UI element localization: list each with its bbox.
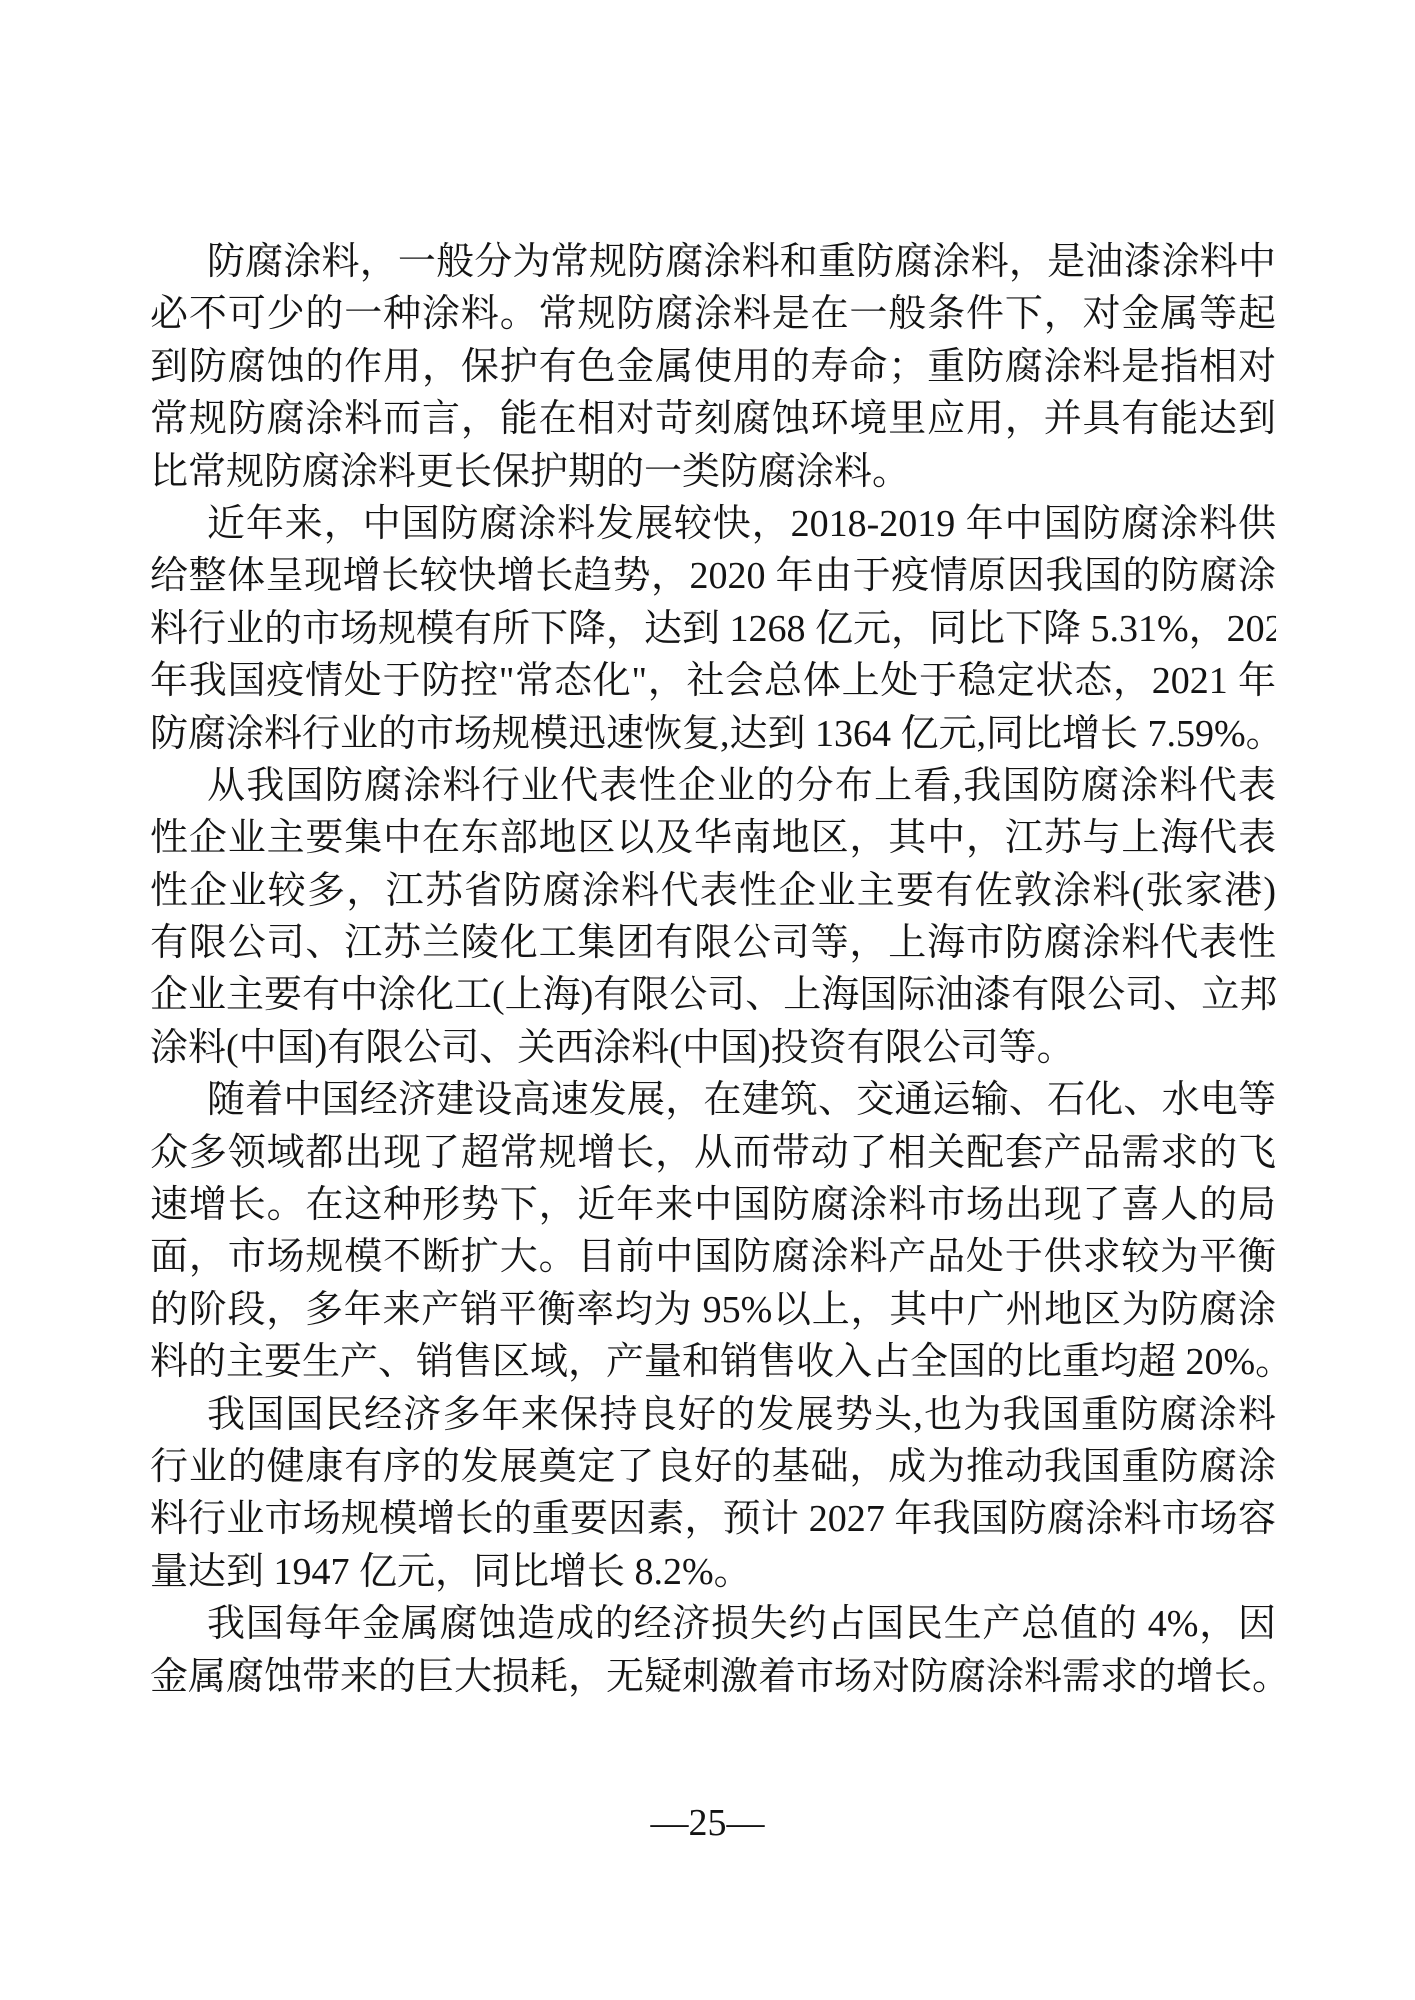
text-line: 性企业较多，江苏省防腐涂料代表性企业主要有佐敦涂料(张家港) xyxy=(150,865,1276,917)
text-line: 我国国民经济多年来保持良好的发展势头,也为我国重防腐涂料 xyxy=(150,1389,1276,1441)
text-line: 必不可少的一种涂料。常规防腐涂料是在一般条件下，对金属等起 xyxy=(150,288,1276,340)
page-footer: —25— xyxy=(0,1800,1415,1846)
document-page: 防腐涂料，一般分为常规防腐涂料和重防腐涂料，是油漆涂料中必不可少的一种涂料。常规… xyxy=(0,0,1415,2000)
text-line: 行业的健康有序的发展奠定了良好的基础，成为推动我国重防腐涂 xyxy=(150,1441,1276,1493)
text-line: 随着中国经济建设高速发展，在建筑、交通运输、石化、水电等 xyxy=(150,1074,1276,1126)
text-line: 的阶段，多年来产销平衡率均为 95%以上，其中广州地区为防腐涂 xyxy=(150,1284,1276,1336)
text-line: 从我国防腐涂料行业代表性企业的分布上看,我国防腐涂料代表 xyxy=(150,760,1276,812)
text-line: 金属腐蚀带来的巨大损耗，无疑刺激着市场对防腐涂料需求的增长。 xyxy=(150,1651,1276,1703)
text-line: 涂料(中国)有限公司、关西涂料(中国)投资有限公司等。 xyxy=(150,1022,1276,1074)
text-line: 性企业主要集中在东部地区以及华南地区，其中，江苏与上海代表 xyxy=(150,812,1276,864)
text-line: 企业主要有中涂化工(上海)有限公司、上海国际油漆有限公司、立邦 xyxy=(150,969,1276,1021)
text-line: 面，市场规模不断扩大。目前中国防腐涂料产品处于供求较为平衡 xyxy=(150,1231,1276,1283)
text-line: 速增长。在这种形势下，近年来中国防腐涂料市场出现了喜人的局 xyxy=(150,1179,1276,1231)
text-line: 防腐涂料行业的市场规模迅速恢复,达到 1364 亿元,同比增长 7.59%。 xyxy=(150,708,1276,760)
text-line: 到防腐蚀的作用，保护有色金属使用的寿命；重防腐涂料是指相对 xyxy=(150,341,1276,393)
text-line: 料行业市场规模增长的重要因素，预计 2027 年我国防腐涂料市场容 xyxy=(150,1493,1276,1545)
text-line: 近年来，中国防腐涂料发展较快，2018-2019 年中国防腐涂料供 xyxy=(150,498,1276,550)
text-line: 比常规防腐涂料更长保护期的一类防腐涂料。 xyxy=(150,446,1276,498)
text-line: 给整体呈现增长较快增长趋势，2020 年由于疫情原因我国的防腐涂 xyxy=(150,550,1276,602)
text-line: 防腐涂料，一般分为常规防腐涂料和重防腐涂料，是油漆涂料中 xyxy=(150,236,1276,288)
text-line: 量达到 1947 亿元，同比增长 8.2%。 xyxy=(150,1546,1276,1598)
text-line: 有限公司、江苏兰陵化工集团有限公司等，上海市防腐涂料代表性 xyxy=(150,917,1276,969)
document-body: 防腐涂料，一般分为常规防腐涂料和重防腐涂料，是油漆涂料中必不可少的一种涂料。常规… xyxy=(150,236,1276,1703)
page-number: —25— xyxy=(651,1802,765,1844)
text-line: 料行业的市场规模有所下降，达到 1268 亿元，同比下降 5.31%，2021 xyxy=(150,603,1276,655)
text-line: 常规防腐涂料而言，能在相对苛刻腐蚀环境里应用，并具有能达到 xyxy=(150,393,1276,445)
text-line: 料的主要生产、销售区域，产量和销售收入占全国的比重均超 20%。 xyxy=(150,1336,1276,1388)
text-line: 我国每年金属腐蚀造成的经济损失约占国民生产总值的 4%，因 xyxy=(150,1598,1276,1650)
text-line: 年我国疫情处于防控"常态化"，社会总体上处于稳定状态，2021 年 xyxy=(150,655,1276,707)
text-line: 众多领域都出现了超常规增长，从而带动了相关配套产品需求的飞 xyxy=(150,1127,1276,1179)
